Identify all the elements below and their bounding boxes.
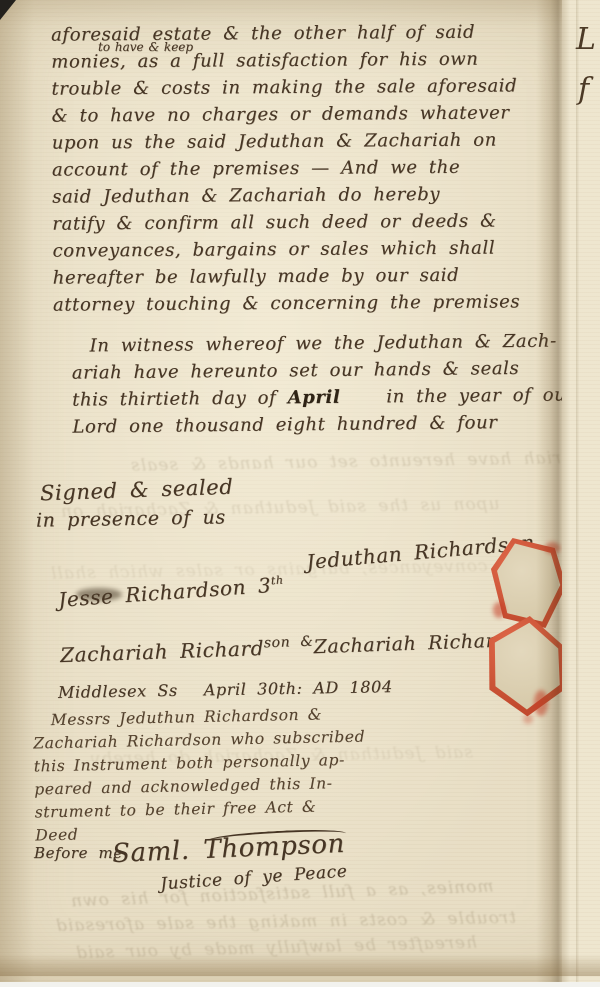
witness-name-suffix: th	[270, 573, 284, 587]
justice-title: Justice of ye Peace	[160, 861, 349, 894]
date: April 30th: AD 1804	[204, 677, 393, 699]
body-line: ratify & confirm all such deed or deeds …	[52, 207, 519, 237]
adjacent-page-edge: L f	[562, 0, 600, 982]
venue-date-line: Middlesex SsApril 30th: AD 1804	[58, 677, 393, 702]
body-line: account of the premises — And we the	[52, 153, 519, 183]
body-line: attorney touching & concerning the premi…	[53, 288, 520, 318]
scan-corner-artifact	[0, 0, 16, 20]
before-me-label: Before me	[34, 844, 123, 862]
presence-line: in presence of us	[36, 506, 226, 531]
wax-smudge	[493, 602, 505, 618]
wax-smudge	[523, 714, 533, 724]
witness-jesse-richardson: Jesse Richardson 3th	[57, 572, 284, 612]
witness-line: Lord one thousand eight hundred & four	[72, 408, 576, 440]
adjacent-page-text-fragment: f	[578, 72, 589, 107]
bleedthrough-line: trouble & costs in making the sale afore…	[55, 908, 516, 936]
body-line: conveyances, bargains or sales which sha…	[52, 234, 519, 264]
witness-name: Jesse Richardson 3	[57, 573, 272, 612]
page-fold-crease	[536, 0, 562, 982]
body-line: upon us the said Jeduthan & Zachariah on	[52, 126, 519, 156]
body-line: said Jeduthan & Zachariah do hereby	[52, 180, 519, 210]
scanned-document: ariah have hereunto set our hands & seal…	[0, 0, 600, 987]
interlinear-insert: to have & keep	[98, 40, 193, 54]
body-paragraph: aforesaid estate & the other half of sai…	[51, 18, 520, 318]
manuscript-page: ariah have hereunto set our hands & seal…	[0, 0, 600, 982]
signature-zachariah-richardson: Zachariah Richardson &Zachariah Richards…	[60, 626, 544, 668]
adjacent-page-text-fragment: L	[576, 22, 596, 57]
month-word: April	[288, 387, 341, 409]
body-line: trouble & costs in making the sale afore…	[51, 72, 518, 102]
body-line: hereafter be lawfully made by our said	[53, 261, 520, 291]
torn-edge-shadow	[0, 954, 600, 976]
signature-text: Zachariah Richard	[60, 636, 265, 667]
witness-line: this thirtieth day of Aprilin the year o…	[72, 381, 576, 413]
body-line: & to have no charges or demands whatever	[52, 99, 519, 129]
witness-clause: In witness whereof we the Jeduthan & Zac…	[71, 327, 576, 440]
bleedthrough-line: ariah have hereunto set our hands & seal…	[130, 448, 573, 476]
signed-sealed-line: Signed & sealed	[40, 475, 234, 506]
acknowledgment-block: Messrs Jeduthun Richardson & Zachariah R…	[33, 703, 368, 848]
adjacent-page-crease	[576, 0, 579, 982]
date-phrase: this thirtieth day of	[72, 387, 276, 410]
signature-superscript: son &	[264, 634, 314, 652]
venue: Middlesex Ss	[58, 681, 178, 702]
